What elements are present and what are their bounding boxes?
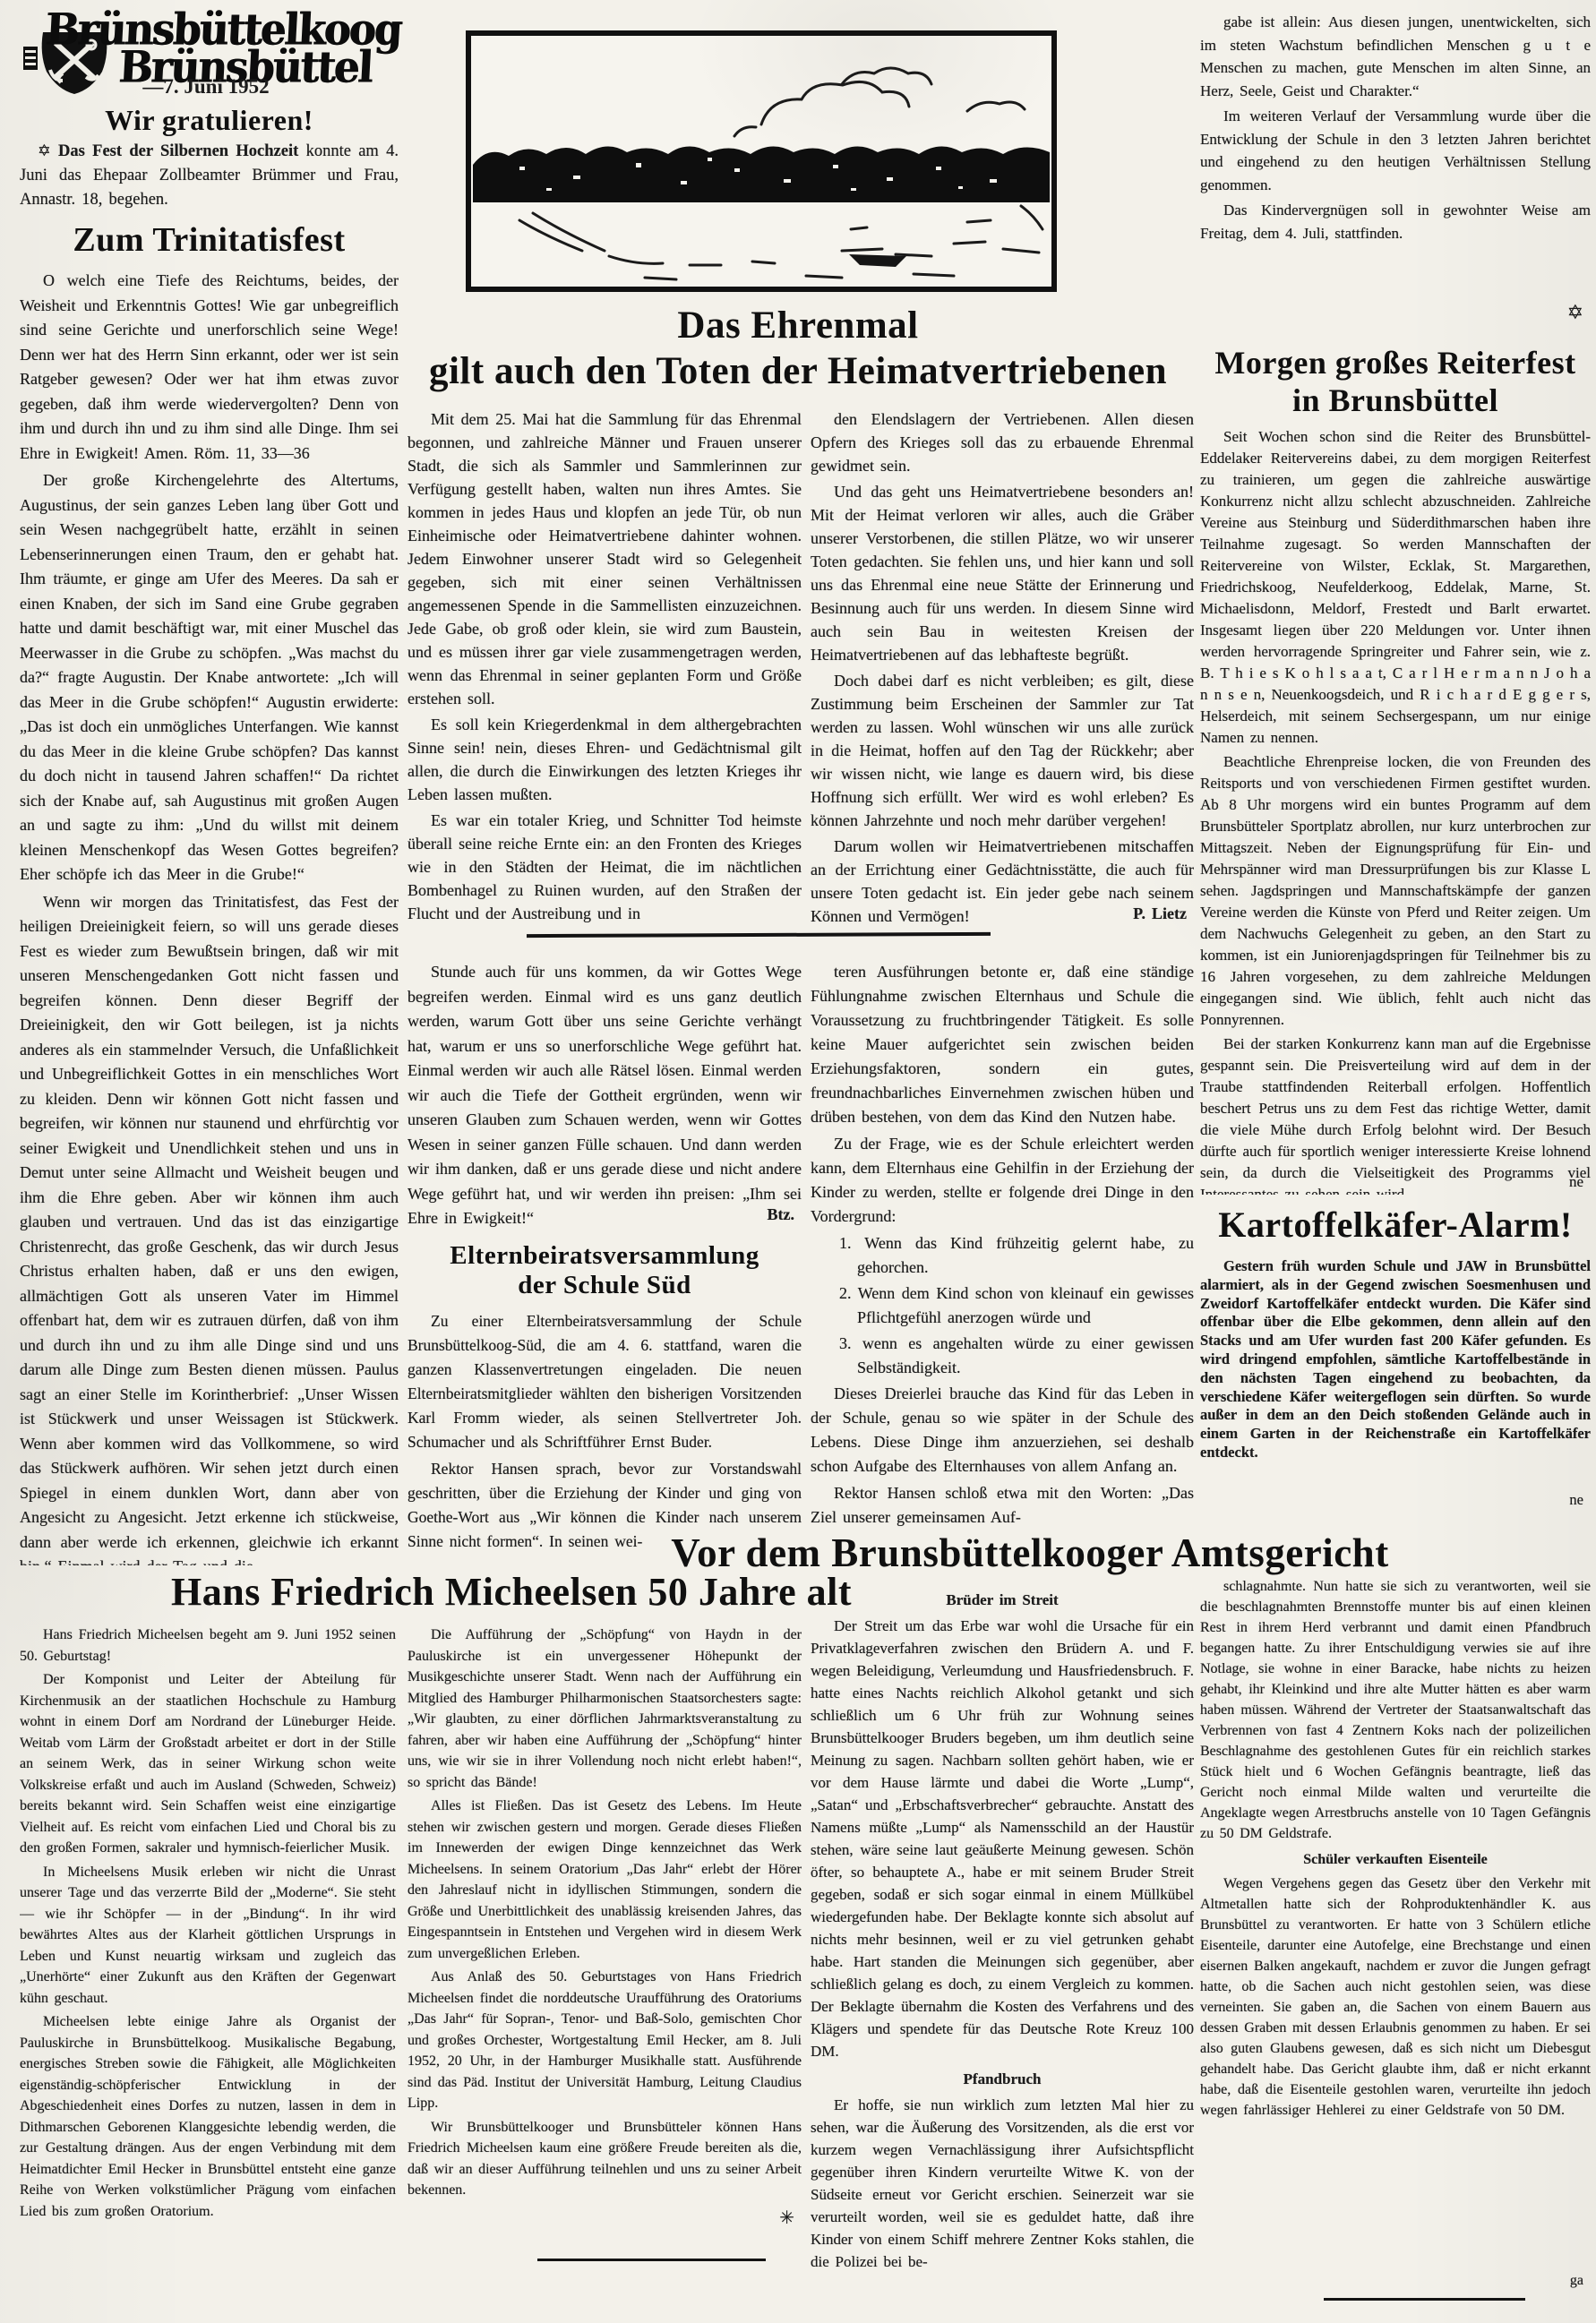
paragraph: Es soll kein Kriegerdenkmal in dem althe…: [408, 713, 802, 806]
ehrenmal-column-b: den Elendslagern der Vertriebenen. Allen…: [811, 407, 1194, 927]
trinitatis-headline: Zum Trinitatisfest: [20, 220, 399, 260]
issue-date: —7. Juni 1952: [90, 75, 322, 99]
amtsgericht-subhead-3: Schüler verkauften Eisenteile: [1200, 1849, 1591, 1870]
gratulieren-headline: Wir gratulieren!: [20, 104, 399, 137]
elternbeirat-list: 1. Wenn das Kind frühzeitig gelernt habe…: [811, 1231, 1194, 1380]
trinitatis-column-1: O welch eine Tiefe des Reichtums, beides…: [20, 269, 399, 1565]
amtsgericht-signature: ga: [1570, 2270, 1583, 2291]
gratulieren-lead: Das Fest der Silbernen Hochzeit: [58, 142, 298, 160]
elternbeirat-column-c: gabe ist allein: Aus diesen jungen, unen…: [1200, 11, 1591, 326]
ehrenmal-headline-line2: gilt auch den Toten der Heimatvertrieben…: [403, 348, 1193, 394]
paragraph: Seit Wochen schon sind die Reiter des Br…: [1200, 426, 1591, 749]
kartoffel-signature: ne: [1569, 1491, 1583, 1510]
paragraph: 3. wenn es angehalten würde zu einer gew…: [811, 1332, 1194, 1380]
amtsgericht-subhead-1: Brüder im Streit: [811, 1589, 1194, 1611]
elternbeirat-column-b: teren Ausführungen betonte er, daß eine …: [811, 960, 1194, 1564]
star-icon: ✡: [1567, 302, 1583, 325]
ehrenmal-column-a: Mit dem 25. Mai hat die Sammlung für das…: [408, 407, 802, 931]
ehrenmal-headline-line1: Das Ehrenmal: [403, 303, 1193, 348]
paragraph: Der Streit um das Erbe war wohl die Ursa…: [811, 1615, 1194, 2062]
trinitatis-column-2: Stunde auch für uns kommen, da wir Gotte…: [408, 960, 802, 1229]
reiterfest-signature: ne: [1569, 1171, 1583, 1193]
micheelsen-column-a: Hans Friedrich Micheelsen begeht am 9. J…: [20, 1624, 396, 2323]
paragraph: den Elendslagern der Vertriebenen. Allen…: [811, 407, 1194, 477]
paragraph: Dieses Dreierlei brauche das Kind für da…: [811, 1382, 1194, 1479]
paragraph: Und das geht uns Heimatvertriebene beson…: [811, 480, 1194, 666]
elternbeirat-column-a: Zu einer Elternbeiratsversammlung der Sc…: [408, 1309, 802, 1564]
paragraph: Die Aufführung der „Schöpfung“ von Haydn…: [408, 1624, 802, 1793]
ehrenmal-divider: [527, 932, 991, 938]
kartoffel-headline: Kartoffelkäfer-Alarm!: [1200, 1204, 1591, 1246]
paragraph: Alles ist Fließen. Das ist Gesetz des Le…: [408, 1796, 802, 1964]
paragraph: 1. Wenn das Kind frühzeitig gelernt habe…: [811, 1231, 1194, 1280]
star-icon: ✡: [38, 142, 51, 160]
amtsgericht-divider: [1324, 2298, 1525, 2301]
paragraph: Er hoffe, sie nun wirklich zum letzten M…: [811, 2094, 1194, 2273]
paragraph: Wir Brunsbüttelkooger und Brunsbütteler …: [408, 2117, 802, 2201]
paragraph: Zu der Frage, wie es der Schule erleicht…: [811, 1132, 1194, 1229]
reiterfest-headline: Morgen großes Reiterfest in Brunsbüttel: [1200, 344, 1591, 419]
paragraph: Bei der starken Konkurrenz kann man auf …: [1200, 1033, 1591, 1195]
micheelsen-column-b: Die Aufführung der „Schöpfung“ von Haydn…: [408, 1624, 802, 2230]
paragraph: Doch dabei darf es nicht verbleiben; es …: [811, 669, 1194, 832]
trinitatis-signature: Btz.: [768, 1203, 795, 1228]
paragraph: Zu einer Elternbeiratsversammlung der Sc…: [408, 1309, 802, 1454]
paragraph: Es war ein totaler Krieg, und Schnitter …: [408, 809, 802, 925]
paragraph: Gestern früh wurden Schule und JAW in Br…: [1200, 1257, 1591, 1462]
paragraph: schlagnahmte. Nun hatte sie sich zu vera…: [1200, 1576, 1591, 1844]
ehrenmal-signature: P. Lietz: [1133, 902, 1187, 925]
paragraph: Rektor Hansen schloß etwa mit den Worten…: [811, 1481, 1194, 1530]
paragraph: In Micheelsens Musik erleben wir nicht d…: [20, 1862, 396, 2010]
paragraph: Hans Friedrich Micheelsen begeht am 9. J…: [20, 1624, 396, 1667]
ehrenmal-headline: Das Ehrenmal gilt auch den Toten der Hei…: [403, 303, 1193, 394]
paragraph: Der große Kirchengelehrte des Altertums,…: [20, 468, 399, 887]
paragraph: Micheelsen lebte einige Jahre als Organi…: [20, 2011, 396, 2222]
paragraph: Aus Anlaß des 50. Geburtstages von Hans …: [408, 1967, 802, 2114]
newspaper-page: Brünsbüttelkoog Brünsbüttel —7. Juni 195…: [0, 0, 1596, 2323]
paragraph: 2. Wenn dem Kind schon von kleinauf ein …: [811, 1282, 1194, 1330]
amtsgericht-column-a: Brüder im Streit Der Streit um das Erbe …: [811, 1583, 1194, 2323]
paragraph: Stunde auch für uns kommen, da wir Gotte…: [408, 960, 802, 1229]
reiterfest-body: Seit Wochen schon sind die Reiter des Br…: [1200, 426, 1591, 1195]
paragraph: Wenn wir morgen das Trinitatisfest, das …: [20, 890, 399, 1566]
amtsgericht-column-b: schlagnahmte. Nun hatte sie sich zu vera…: [1200, 1576, 1591, 2293]
paragraph: Das Kindervergnügen soll in gewohnter We…: [1200, 199, 1591, 244]
paragraph: Der Komponist und Leiter der Abteilung f…: [20, 1669, 396, 1859]
paragraph: Im weiteren Verlauf der Versammlung wurd…: [1200, 105, 1591, 196]
elternbeirat-headline: Elternbeiratsversammlung der Schule Süd: [408, 1241, 802, 1300]
star-icon: ✳: [779, 2207, 794, 2229]
paragraph: Beachtliche Ehrenpreise locken, die von …: [1200, 751, 1591, 1031]
paragraph: Wegen Vergehens gegen das Gesetz über de…: [1200, 1873, 1591, 2121]
paragraph: Mit dem 25. Mai hat die Sammlung für das…: [408, 407, 802, 710]
amtsgericht-subhead-2: Pfandbruch: [811, 2068, 1194, 2090]
micheelsen-divider: [537, 2259, 766, 2261]
kartoffel-body: Gestern früh wurden Schule und JAW in Br…: [1200, 1257, 1591, 1512]
paragraph: O welch eine Tiefe des Reichtums, beides…: [20, 269, 399, 466]
paragraph: teren Ausführungen betonte er, daß eine …: [811, 960, 1194, 1129]
paragraph: gabe ist allein: Aus diesen jungen, unen…: [1200, 11, 1591, 102]
gratulieren-body: ✡ Das Fest der Silbernen Hochzeit konnte…: [20, 140, 399, 222]
ehrenmal-illustration: [466, 30, 1057, 292]
